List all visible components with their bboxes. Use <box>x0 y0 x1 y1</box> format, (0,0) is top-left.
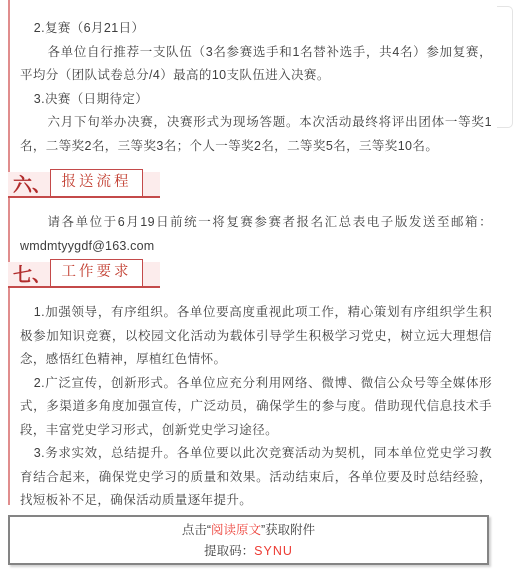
intro-paragraph-final-title: 3.决赛（日期待定） <box>20 88 492 112</box>
document-body: 2.复赛（6月21日） 各单位自行推荐一支队伍（3名参赛选手和1名替补选手，共4… <box>0 0 519 513</box>
submission-instruction-text: 请各单位于6月19日前统一将复赛参赛者报名汇总表电子版发送至邮箱： <box>48 215 493 229</box>
read-original-link[interactable]: 阅读原文 <box>211 523 261 537</box>
intro-paragraph-rematch-detail: 各单位自行推荐一支队伍（3名参赛选手和1名替补选手，共4名）参加复赛，平均分（团… <box>20 41 492 88</box>
section-seven-header: 七、 工作要求 <box>8 262 160 288</box>
section-six-paragraph: 请各单位于6月19日前统一将复赛参赛者报名汇总表电子版发送至邮箱：wmdmtyy… <box>20 211 492 258</box>
intro-paragraph-rematch-title: 2.复赛（6月21日） <box>20 17 492 41</box>
notice-suffix: ”获取附件 <box>261 523 315 537</box>
extraction-code-line: 提取码：SYNU <box>10 541 487 562</box>
section-seven-title: 工作要求 <box>62 261 132 285</box>
section-seven-number: 七、 <box>13 263 51 289</box>
work-requirement-2: 2.广泛宣传，创新形式。各单位应充分利用网络、微博、微信公众号等全媒体形式，多渠… <box>20 372 492 443</box>
section-six-header: 六、 报送流程 <box>8 172 160 198</box>
notice-prefix: 点击“ <box>182 523 211 537</box>
section-six-title: 报送流程 <box>62 171 132 195</box>
intro-paragraph-final-detail: 六月下旬举办决赛，决赛形式为现场答题。本次活动最终将评出团体一等奖1名，二等奖2… <box>20 111 492 158</box>
attachment-notice-box: 点击“阅读原文”获取附件 提取码：SYNU <box>8 515 489 565</box>
submission-email-address: wmdmtyygdf@163.com <box>20 239 154 253</box>
work-requirement-3: 3.务求实效，总结提升。各单位要以此次竞赛活动为契机，同本单位党史学习教育结合起… <box>20 442 492 513</box>
section-seven-title-box: 工作要求 <box>50 259 143 287</box>
section-six-number: 六、 <box>13 173 51 199</box>
section-six-title-box: 报送流程 <box>50 169 143 197</box>
work-requirement-1: 1.加强领导，有序组织。各单位要高度重视此项工作，精心策划有序组织学生积极参加知… <box>20 301 492 372</box>
extraction-code-label: 提取码： <box>204 544 254 558</box>
attachment-notice-line: 点击“阅读原文”获取附件 <box>10 520 487 541</box>
extraction-code-value: SYNU <box>254 544 293 558</box>
